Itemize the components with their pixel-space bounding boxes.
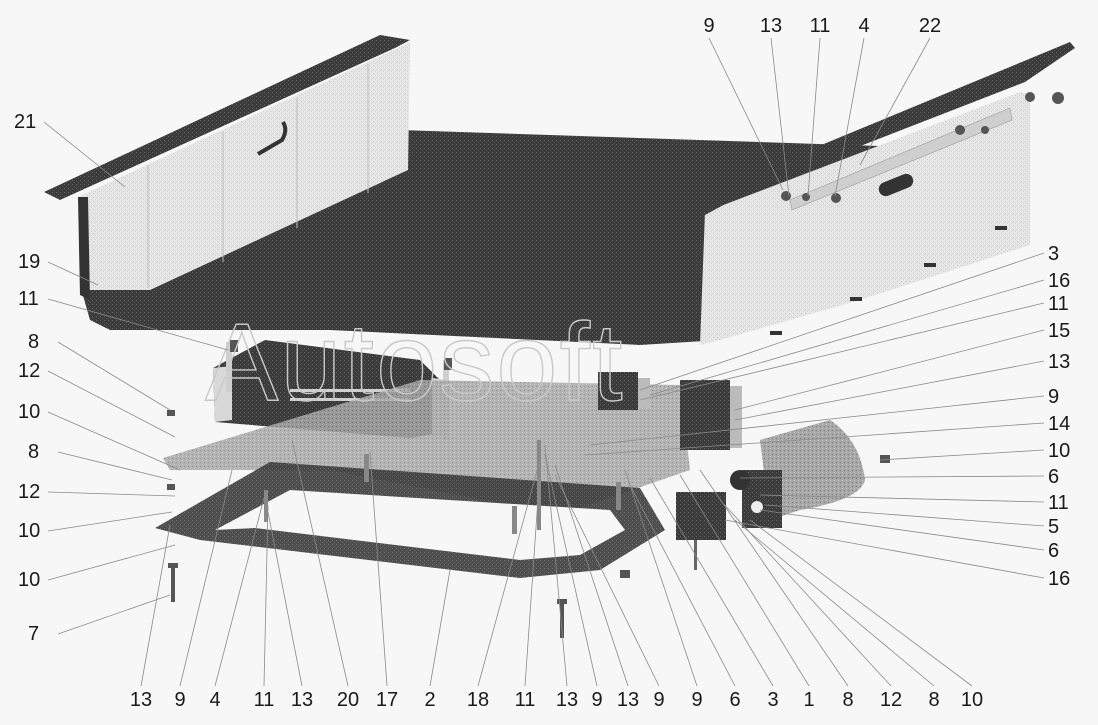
callout-bottom-13: 9 (653, 689, 664, 711)
callout-left-8: 10 (18, 520, 40, 542)
callout-right-9: 11 (1048, 492, 1069, 514)
callout-bottom-21: 10 (961, 689, 983, 711)
callout-bottom-0: 13 (130, 689, 152, 711)
switch-housing (730, 420, 865, 528)
leader-line (48, 545, 175, 580)
callout-bottom-5: 20 (337, 689, 359, 711)
callout-right-5: 9 (1048, 386, 1059, 408)
exploded-assembly-drawing: Autosoft 9131142221191181210812101073161… (0, 0, 1098, 725)
leader-line (430, 570, 450, 686)
callout-bottom-12: 13 (617, 689, 639, 711)
callout-right-3: 15 (1048, 320, 1070, 342)
callout-bottom-17: 1 (803, 689, 814, 711)
callout-right-11: 6 (1048, 540, 1059, 562)
callout-left-1: 19 (18, 251, 40, 273)
leader-line (765, 505, 1044, 526)
callout-left-2: 11 (18, 288, 39, 310)
leader-line (141, 525, 170, 686)
callout-right-12: 16 (1048, 568, 1070, 590)
callout-right-0: 3 (1048, 243, 1059, 265)
leader-line (760, 510, 1044, 550)
callout-right-8: 6 (1048, 466, 1059, 488)
callout-right-1: 16 (1048, 270, 1070, 292)
callout-right-4: 13 (1048, 351, 1070, 373)
callout-left-5: 10 (18, 401, 40, 423)
leader-line (725, 520, 1044, 578)
callout-left-3: 8 (28, 331, 39, 353)
callout-bottom-7: 2 (424, 689, 435, 711)
switch-body (676, 492, 726, 570)
callout-top-4: 22 (919, 15, 941, 37)
leader-line (58, 342, 170, 410)
callout-bottom-20: 8 (928, 689, 939, 711)
leader-line (48, 512, 172, 531)
tray-base (44, 35, 1075, 345)
callout-bottom-16: 3 (767, 689, 778, 711)
leader-line (720, 500, 891, 686)
callout-top-1: 13 (760, 15, 782, 37)
callout-right-2: 11 (1048, 293, 1069, 315)
callout-bottom-14: 9 (691, 689, 702, 711)
leader-line (48, 412, 180, 470)
callout-right-6: 14 (1048, 413, 1070, 435)
callout-left-6: 8 (28, 441, 39, 463)
leader-line (48, 371, 175, 437)
callout-bottom-2: 4 (209, 689, 220, 711)
callout-bottom-15: 6 (729, 689, 740, 711)
callout-left-7: 12 (18, 481, 40, 503)
relay-box (680, 380, 742, 450)
callout-bottom-9: 11 (515, 689, 536, 711)
leader-line (58, 595, 170, 634)
callout-left-10: 7 (28, 623, 39, 645)
callout-bottom-19: 12 (880, 689, 902, 711)
callout-bottom-1: 9 (174, 689, 185, 711)
callout-bottom-4: 13 (291, 689, 313, 711)
leader-line (735, 520, 934, 686)
leader-line (58, 452, 172, 480)
callout-bottom-6: 17 (376, 689, 398, 711)
watermark: Autosoft (205, 301, 625, 424)
callout-top-2: 11 (810, 15, 831, 37)
callout-bottom-10: 13 (556, 689, 578, 711)
callout-left-9: 10 (18, 569, 40, 591)
callout-left-4: 12 (18, 360, 40, 382)
callout-top-3: 4 (858, 15, 869, 37)
callout-bottom-3: 11 (254, 689, 275, 711)
leader-line (880, 450, 1044, 460)
leader-line (48, 492, 175, 496)
callout-right-10: 5 (1048, 516, 1059, 538)
callout-left-0: 21 (14, 111, 36, 133)
callout-right-7: 10 (1048, 440, 1070, 462)
callout-bottom-18: 8 (842, 689, 853, 711)
callout-bottom-8: 18 (467, 689, 489, 711)
callout-top-0: 9 (703, 15, 714, 37)
callout-bottom-11: 9 (591, 689, 602, 711)
